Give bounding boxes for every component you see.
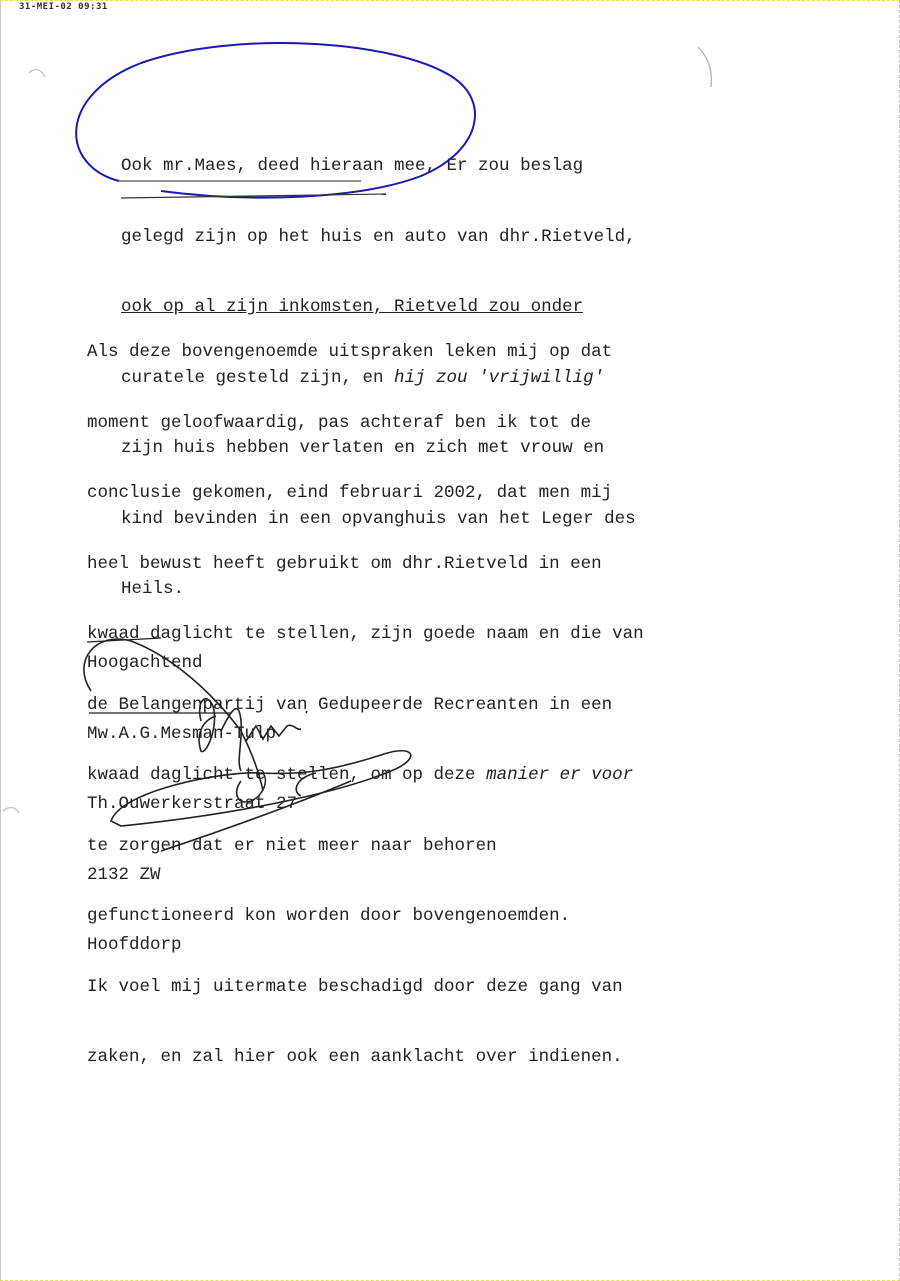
- document-page: 31-MEI-02 09:31 Ook mr.Maes, deed hieraa…: [0, 0, 900, 1281]
- scan-mark: [698, 47, 711, 87]
- salutation: Hoogachtend: [87, 652, 297, 676]
- text-line: gelegd zijn op het huis en auto van dhr.…: [121, 226, 636, 250]
- sender-street: Th.Ouwerkerstraat 27: [87, 793, 297, 817]
- text-line: heel bewust heeft gebruikt om dhr.Rietve…: [87, 553, 644, 577]
- sender-city: Hoofddorp: [87, 934, 297, 958]
- sender-postal-code: 2132 ZW: [87, 864, 297, 888]
- text-line: Ook mr.Maes, deed hieraan mee, Er zou be…: [121, 155, 636, 179]
- sender-name: Mw.A.G.Mesman-Tulp: [87, 723, 297, 747]
- fax-timestamp-header: 31-MEI-02 09:31: [19, 2, 108, 12]
- text-line: moment geloofwaardig, pas achteraf ben i…: [87, 412, 644, 436]
- scan-mark: [3, 807, 19, 813]
- text-line: zaken, en zal hier ook een aanklacht ove…: [87, 1046, 644, 1070]
- closing-block: Hoogachtend Mw.A.G.Mesman-Tulp Th.Ouwerk…: [87, 605, 297, 1005]
- scan-mark: [29, 70, 45, 77]
- text-line: conclusie gekomen, eind februari 2002, d…: [87, 482, 644, 506]
- text-line: Als deze bovengenoemde uitspraken leken …: [87, 341, 644, 365]
